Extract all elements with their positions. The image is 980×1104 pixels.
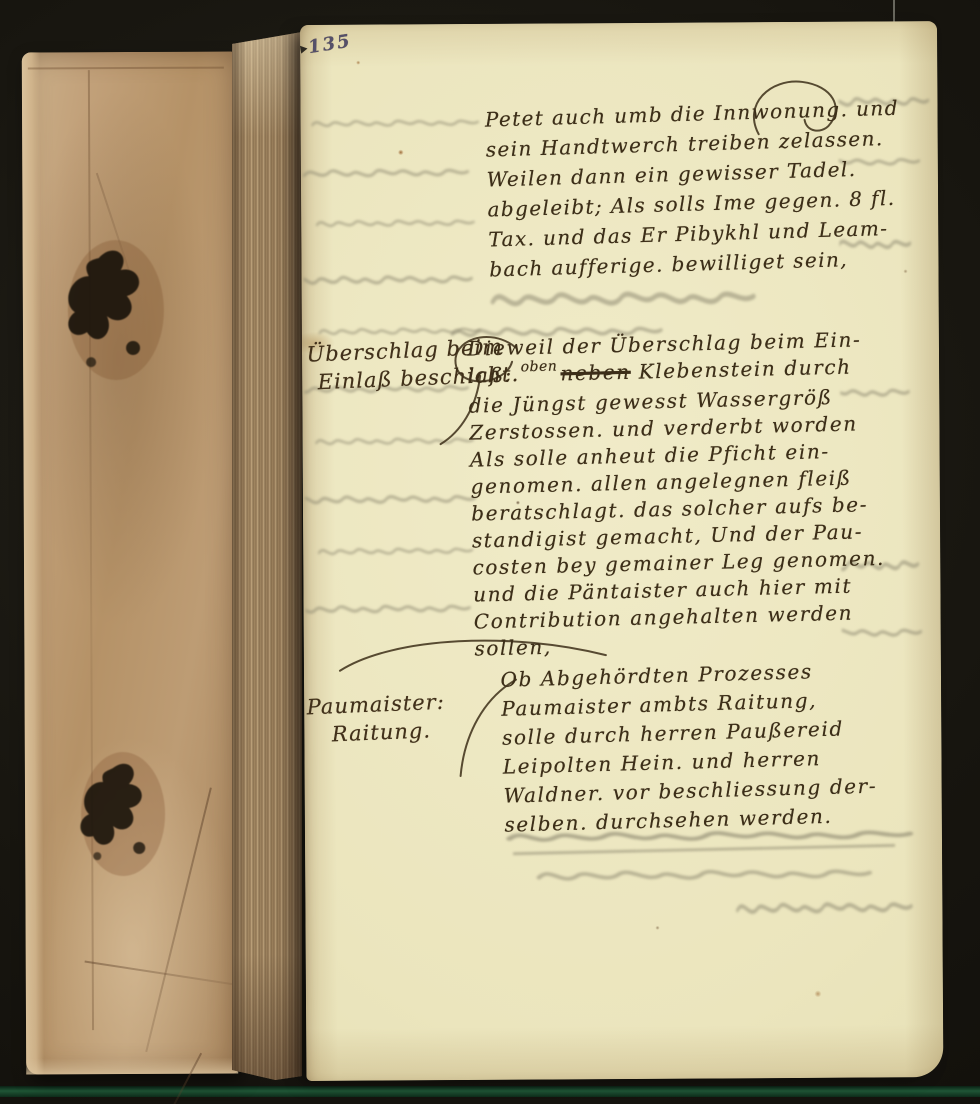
page-number: 135: [307, 30, 353, 58]
cover-turnin-crease: [28, 67, 224, 70]
line-text: laß:: [468, 362, 521, 387]
body-paragraph-1: Petet auch umb die Innwonung. und sein H…: [485, 93, 904, 285]
ink-mark: [300, 45, 308, 54]
photo-backdrop: 135 Petet auch umb die Innwonung. und se…: [0, 0, 980, 1104]
inserted-word: oben: [520, 358, 557, 375]
cover-edge-highlight: [26, 1058, 238, 1075]
parchment-crack: [85, 960, 234, 985]
body-paragraph-2: Dieweil der Überschlag beim Ein- laß: ob…: [467, 326, 887, 663]
cover-edge-highlight: [22, 52, 44, 1074]
page-number-value: 135: [307, 30, 353, 58]
page-edges-stack: [232, 32, 302, 1080]
manuscript-page: 135 Petet auch umb die Innwonung. und se…: [300, 21, 943, 1081]
line-text: Klebenstein durch: [630, 355, 851, 384]
ink-stain: [73, 744, 174, 884]
margin-note-paumaister: Paumaister: Raitung.: [306, 688, 446, 750]
table-surface-strip: [0, 1086, 980, 1097]
cover-turnin-crease: [88, 70, 94, 1030]
book-cover: [22, 52, 238, 1075]
body-paragraph-3: Ob Abgehördten Prozesses Paumaister ambt…: [500, 656, 878, 840]
ink-stain: [61, 230, 172, 390]
margin-note-line: Raitung.: [307, 716, 446, 750]
struck-word: neben: [560, 360, 631, 386]
